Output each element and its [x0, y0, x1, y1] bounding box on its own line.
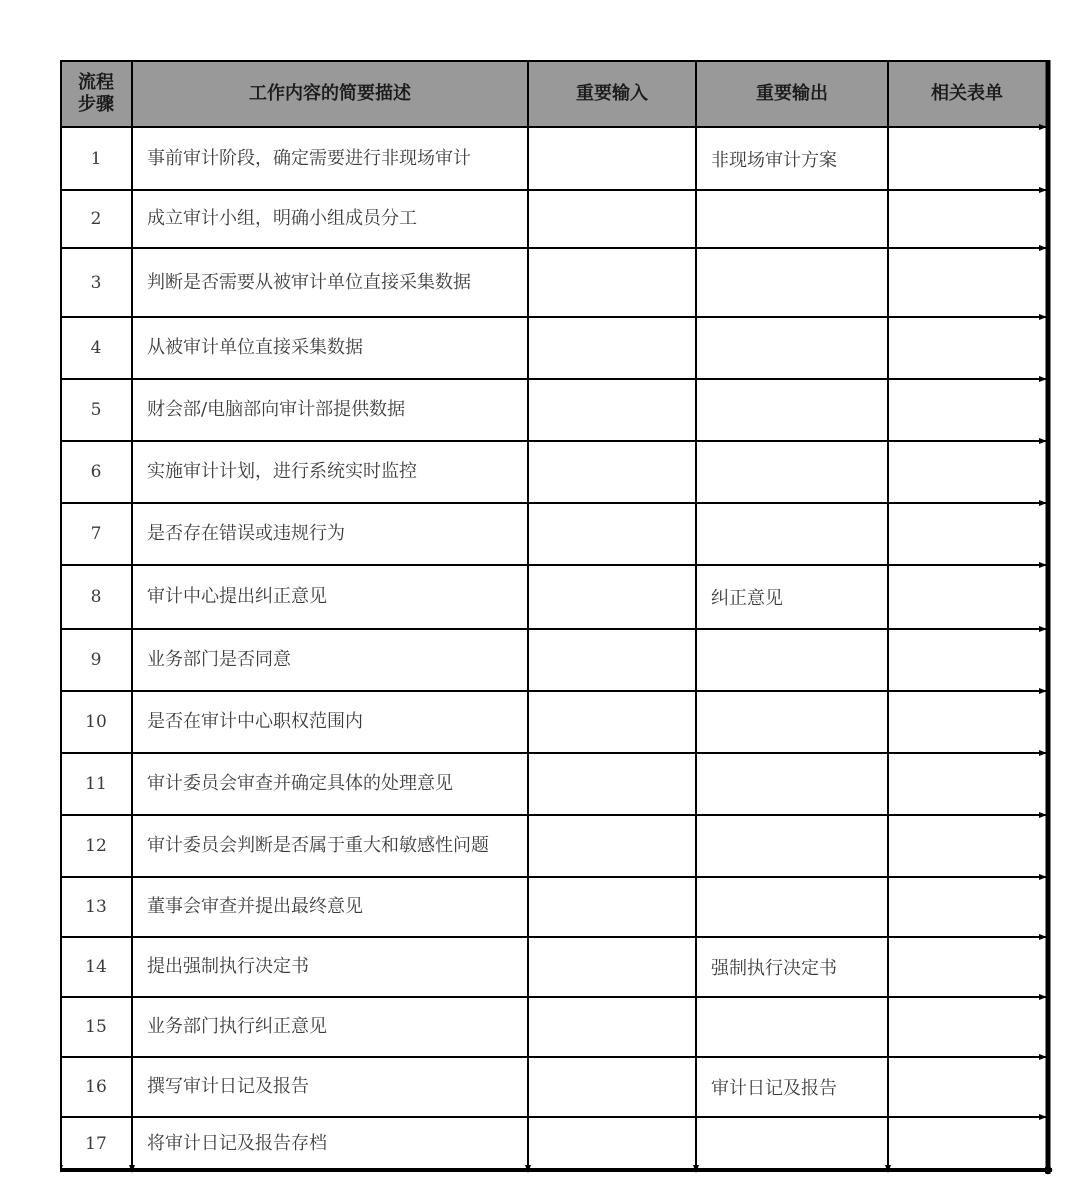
audit-process-table: 流程 步骤 工作内容的简要描述 重要输入 重要输出 相关表单 1事前审计阶段，确… [60, 60, 1046, 1170]
grid-lines [60, 60, 1060, 1185]
